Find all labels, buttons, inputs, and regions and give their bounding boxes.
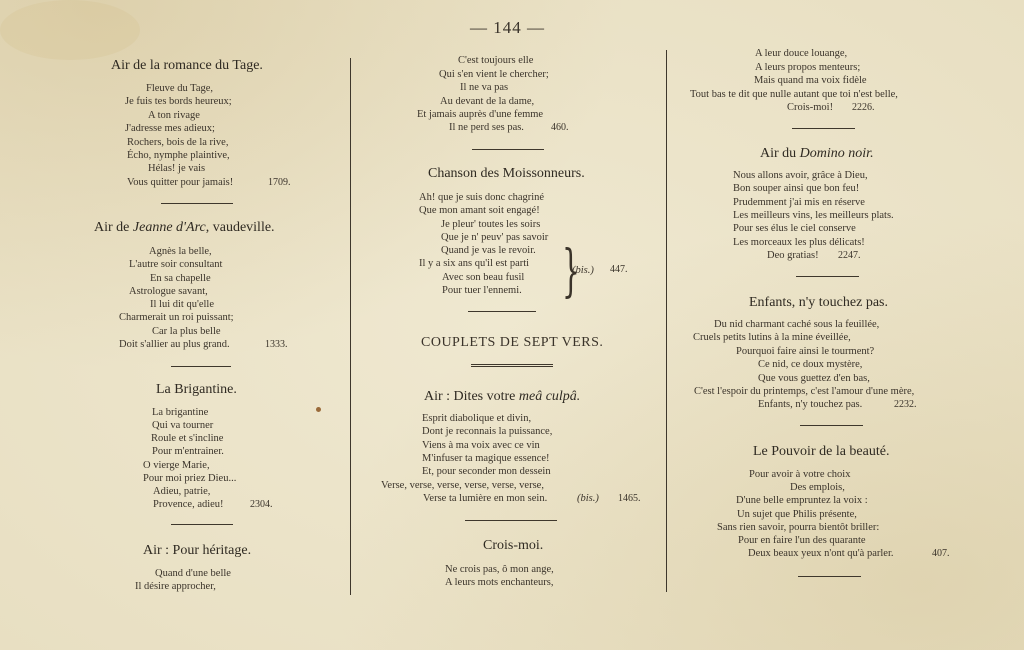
verse-line: Doit s'allier au plus grand.	[119, 338, 230, 352]
verse-line: Pour m'entrainer.	[152, 445, 224, 459]
column-divider-right	[666, 50, 667, 592]
verse-line: Enfants, n'y touchez pas.	[758, 398, 862, 412]
song-number: 2232.	[894, 399, 917, 410]
verse-line: Qui s'en vient le chercher;	[439, 68, 549, 82]
verse-line: Il ne va pas	[460, 81, 508, 95]
verse-line: Prudemment j'ai mis en réserve	[733, 196, 865, 210]
separator-rule	[796, 276, 859, 277]
section-heading: COUPLETS DE SEPT VERS.	[421, 335, 603, 351]
verse-line: Pour avoir à votre choix	[749, 468, 850, 482]
verse-line: Adieu, patrie,	[153, 485, 210, 499]
verse-line: Il désire approcher,	[135, 580, 216, 594]
verse-line: Pourquoi faire ainsi le tourment?	[736, 345, 874, 359]
song-number: 2304.	[250, 499, 273, 510]
verse-line: L'autre soir consultant	[129, 258, 222, 272]
verse-line: A ton rivage	[148, 109, 200, 123]
verse-line: Avec son beau fusil	[442, 271, 524, 285]
verse-line: Quand d'une belle	[155, 567, 231, 581]
separator-rule	[171, 524, 233, 525]
verse-line: Ce nid, ce doux mystère,	[758, 358, 862, 372]
song-number: 407.	[932, 548, 950, 559]
verse-line: Que vous guettez d'en bas,	[758, 372, 870, 386]
verse-line: Dont je reconnais la puissance,	[422, 425, 552, 439]
song-title: Air de la romance du Tage.	[111, 58, 263, 74]
song-number: 447.	[610, 264, 628, 275]
song-number: 2226.	[852, 102, 875, 113]
verse-line: Un sujet que Philis présente,	[737, 508, 857, 522]
verse-line: Écho, nymphe plaintive,	[127, 149, 230, 163]
verse-line: J'adresse mes adieux;	[125, 122, 215, 136]
separator-rule	[161, 203, 233, 204]
separator-rule	[472, 149, 544, 150]
verse-line: Hélas! je vais	[148, 162, 205, 176]
song-title: Enfants, n'y touchez pas.	[749, 295, 888, 311]
verse-line: Et, pour seconder mon dessein	[422, 465, 551, 479]
separator-rule	[468, 311, 536, 312]
verse-line: A leurs mots enchanteurs,	[445, 576, 553, 590]
verse-line: Nous allons avoir, grâce à Dieu,	[733, 169, 868, 183]
verse-line: Verse, verse, verse, verse, verse, verse…	[381, 479, 544, 493]
song-title-prefix: Air : Dites votre	[424, 389, 519, 404]
column-divider-left	[350, 58, 351, 595]
verse-line: Il y a six ans qu'il est parti	[419, 257, 529, 271]
book-page: — 144 — Air de la romance du Tage. Fleuv…	[0, 0, 1024, 650]
verse-line: En sa chapelle	[150, 272, 211, 286]
song-number: 460.	[551, 122, 569, 133]
verse-line: Il ne perd ses pas.	[449, 121, 524, 135]
verse-line: Que mon amant soit engagé!	[419, 204, 540, 218]
separator-rule	[465, 520, 557, 521]
verse-line: Ne crois pas, ô mon ange,	[445, 563, 554, 577]
verse-line: Mais quand ma voix fidèle	[754, 74, 867, 88]
verse-line: Agnès la belle,	[149, 245, 212, 259]
song-title: La Brigantine.	[156, 382, 237, 398]
verse-line: M'infuser ta magique essence!	[422, 452, 550, 466]
verse-line: Qui va tourner	[152, 419, 213, 433]
verse-line: A leurs propos menteurs;	[755, 61, 860, 75]
verse-line: La brigantine	[152, 406, 208, 420]
verse-line: Deux beaux yeux n'ont qu'à parler.	[748, 547, 894, 561]
verse-line: Du nid charmant caché sous la feuillée,	[714, 318, 879, 332]
verse-line: Car la plus belle	[152, 325, 221, 339]
verse-line: Verse ta lumière en mon sein.	[423, 492, 547, 506]
verse-line: C'est toujours elle	[458, 54, 533, 68]
verse-line: Pour en faire l'un des quarante	[738, 534, 866, 548]
verse-line: Je fuis tes bords heureux;	[125, 95, 232, 109]
song-number: 1709.	[268, 177, 291, 188]
verse-line: Crois-moi!	[787, 101, 833, 115]
verse-line: Esprit diabolique et divin,	[422, 412, 531, 426]
verse-line: D'une belle empruntez la voix :	[736, 494, 868, 508]
verse-line: Cruels petits lutins à la mine éveillée,	[693, 331, 851, 345]
bis-marker: (bis.)	[572, 264, 594, 278]
song-title-suffix: , vaudeville.	[206, 220, 275, 235]
verse-line: A leur douce louange,	[755, 47, 847, 61]
verse-line: Viens à ma voix avec ce vin	[422, 439, 540, 453]
verse-line: Fleuve du Tage,	[146, 82, 213, 96]
verse-line: Tout bas te dit que nulle autant que toi…	[690, 88, 898, 102]
song-title-italic: Jeanne d'Arc	[133, 220, 206, 235]
verse-line: Au devant de la dame,	[440, 95, 534, 109]
verse-line: Quand je vas le revoir.	[441, 244, 536, 258]
double-rule	[471, 364, 553, 367]
song-number: 1465.	[618, 493, 641, 504]
verse-line: O vierge Marie,	[143, 459, 210, 473]
song-number: 2247.	[838, 250, 861, 261]
verse-line: Il lui dit qu'elle	[150, 298, 214, 312]
verse-line: Bon souper ainsi que bon feu!	[733, 182, 859, 196]
song-title: Crois-moi.	[483, 538, 543, 554]
verse-line: Sans rien savoir, pourra bientôt briller…	[717, 521, 879, 535]
verse-line: Des emplois,	[790, 481, 845, 495]
verse-line: Vous quitter pour jamais!	[127, 176, 233, 190]
separator-rule	[792, 128, 855, 129]
song-title: Air de Jeanne d'Arc, vaudeville.	[94, 220, 275, 236]
verse-line: Que je n' peuv' pas savoir	[441, 231, 548, 245]
verse-line: Et jamais auprès d'une femme	[417, 108, 543, 122]
separator-rule	[798, 576, 861, 577]
separator-rule	[800, 425, 863, 426]
verse-line: Les morceaux les plus délicats!	[733, 236, 865, 250]
song-title: Air : Pour héritage.	[143, 543, 251, 559]
verse-line: Charmerait un roi puissant;	[119, 311, 234, 325]
verse-line: Pour ses élus le ciel conserve	[733, 222, 856, 236]
verse-line: Deo gratias!	[767, 249, 819, 263]
song-title-italic: Domino noir.	[800, 146, 874, 161]
verse-line: Les meilleurs vins, les meilleurs plats.	[733, 209, 894, 223]
verse-line: Roule et s'incline	[151, 432, 223, 446]
verse-line: Provence, adieu!	[153, 498, 224, 512]
song-title: Air du Domino noir.	[760, 146, 874, 162]
page-number: — 144 —	[470, 18, 545, 38]
verse-line: Rochers, bois de la rive,	[127, 136, 228, 150]
separator-rule	[171, 366, 231, 367]
song-title: Le Pouvoir de la beauté.	[753, 444, 889, 460]
song-title-prefix: Air du	[760, 146, 800, 161]
song-title-prefix: Air de	[94, 220, 133, 235]
paper-stain	[316, 407, 321, 412]
verse-line: Ah! que je suis donc chagriné	[419, 191, 544, 205]
verse-line: Pour moi priez Dieu...	[143, 472, 236, 486]
paper-stain	[0, 0, 140, 60]
verse-line: Astrologue savant,	[129, 285, 208, 299]
song-title-italic: meâ culpâ.	[519, 389, 580, 404]
verse-line: Pour tuer l'ennemi.	[442, 284, 522, 298]
song-number: 1333.	[265, 339, 288, 350]
bis-marker: (bis.)	[577, 492, 599, 506]
verse-line: C'est l'espoir du printemps, c'est l'amo…	[694, 385, 914, 399]
verse-line: Je pleur' toutes les soirs	[441, 218, 540, 232]
song-title: Chanson des Moissonneurs.	[428, 166, 585, 182]
song-title: Air : Dites votre meâ culpâ.	[424, 389, 580, 405]
